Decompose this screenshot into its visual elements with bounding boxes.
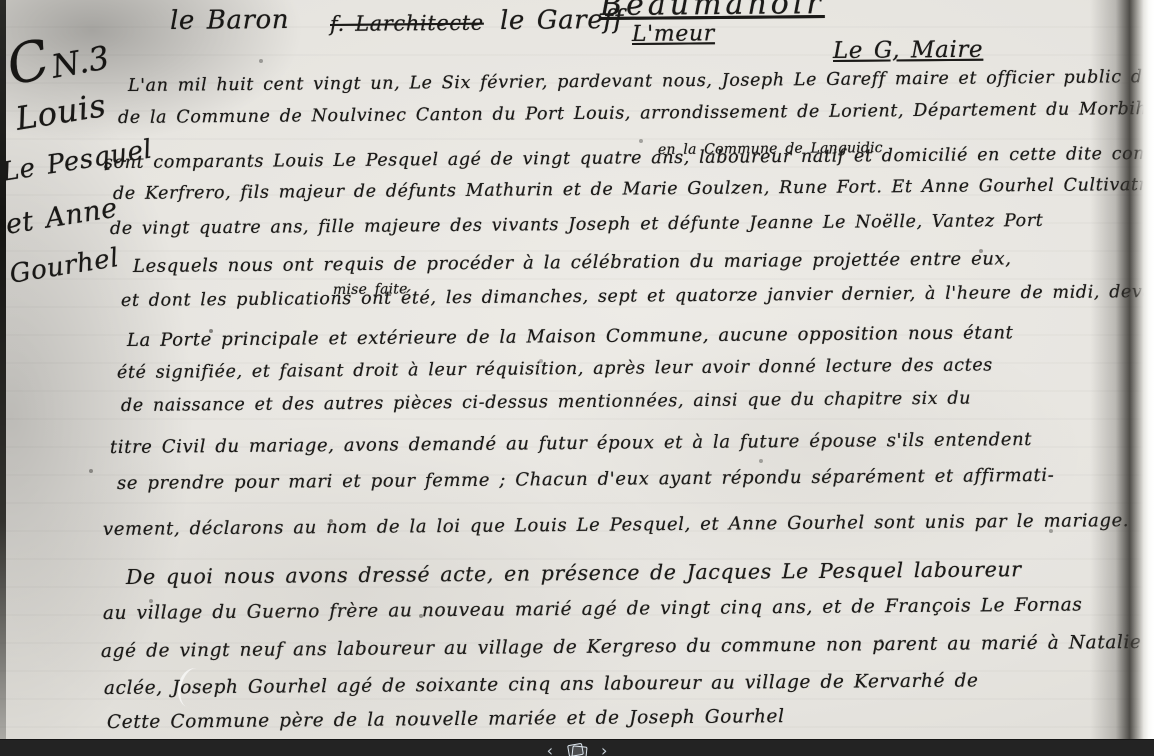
page-left-edge: [0, 0, 6, 745]
handwritten-line: L'an mil huit cent vingt un, Le Six févr…: [128, 66, 1154, 96]
document-scan: Beaumanoir le Baron f. Larchitecte le Ga…: [0, 0, 1154, 756]
page-right-gutter: [1090, 0, 1154, 739]
handwritten-line: de Kerfrero, fils majeur de défunts Math…: [113, 174, 1154, 204]
handwritten-line: agé de vingt neuf ans laboureur au villa…: [101, 632, 1142, 662]
signature-le-gareff: le Gareff: [500, 5, 624, 36]
handwritten-line: été signifiée, et faisant droit à leur r…: [117, 355, 993, 383]
signature-larchitecte: f. Larchitecte: [330, 11, 484, 36]
handwritten-line: se prendre pour mari et pour femme ; Cha…: [117, 465, 1055, 494]
handwritten-line: vement, déclarons au nom de la loi que L…: [103, 510, 1129, 540]
handwritten-line: Cette Commune père de la nouvelle mariée…: [107, 706, 785, 733]
handwritten-line: de naissance et des autres pièces ci-des…: [121, 389, 971, 416]
handwritten-line: aclée, Joseph Gourhel agé de soixante ci…: [104, 670, 979, 699]
handwritten-line: titre Civil du mariage, avons demandé au…: [110, 429, 1032, 458]
margin-act-number: N.3: [49, 38, 113, 86]
handwritten-line: de vingt quatre ans, fille majeure des v…: [110, 211, 1044, 239]
margin-paraph: C: [0, 27, 56, 98]
signature-maire: Le G, Maire: [833, 37, 983, 64]
photos-gallery-icon[interactable]: [567, 743, 587, 756]
viewer-nav-controls: ‹ ›: [0, 743, 1154, 756]
top-partial-signature: Beaumanoir: [600, 0, 825, 23]
handwritten-line: sont comparants Louis Le Pesquel agé de …: [104, 143, 1154, 173]
chevron-right-icon[interactable]: ›: [601, 743, 607, 756]
handwritten-line: de la Commune de Noulvinec Canton du Por…: [118, 99, 1154, 128]
viewer-bottom-bar: ‹ ›: [0, 739, 1154, 756]
viewer-stage: Beaumanoir le Baron f. Larchitecte le Ga…: [0, 0, 1154, 756]
scratch-mark: [173, 664, 213, 711]
photo-front-icon: [571, 745, 587, 756]
handwritten-line: et dont les publications ont été, les di…: [121, 282, 1154, 311]
signature-lemeur: L'meur: [632, 21, 715, 47]
handwritten-line: La Porte principale et extérieure de la …: [127, 322, 1014, 351]
margin-name: et Anne: [4, 193, 120, 241]
handwritten-line: De quoi nous avons dressé acte, en prése…: [126, 557, 1022, 589]
signature-le-baron: le Baron: [170, 5, 289, 36]
chevron-left-icon[interactable]: ‹: [547, 743, 553, 756]
handwritten-line: Lesquels nous ont requis de procéder à l…: [133, 248, 1012, 277]
handwritten-line: au village du Guerno frère au nouveau ma…: [103, 594, 1083, 624]
margin-name: Gourhel: [8, 243, 122, 290]
